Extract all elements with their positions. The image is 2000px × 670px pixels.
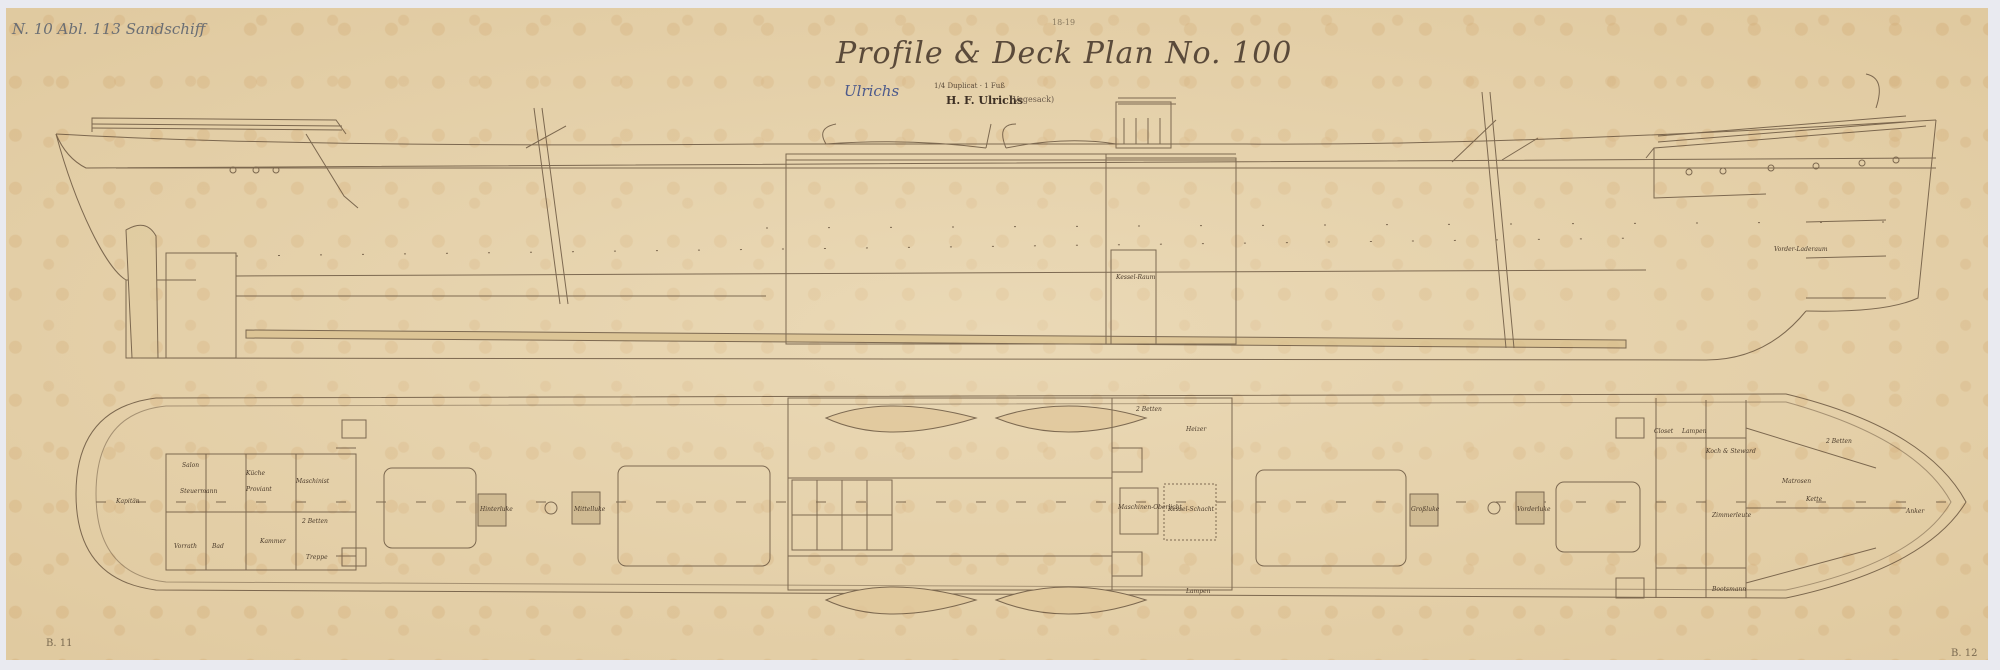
- sheer-line: [56, 120, 1936, 145]
- room-label: Vorrath: [174, 543, 197, 550]
- room-label: 2 Betten: [1826, 438, 1852, 445]
- hatch-label: Hinterluke: [480, 506, 513, 513]
- midship-label: 2 Betten: [1136, 406, 1162, 413]
- room-label: Maschinist: [296, 478, 329, 485]
- engine-door: [1111, 250, 1156, 344]
- room-label: Bootsmann: [1712, 586, 1746, 593]
- hatch-label: Vorderluke: [1517, 506, 1551, 513]
- lifeboat-1: [826, 406, 976, 432]
- fore-room-label: Vorder-Laderaum: [1774, 246, 1828, 253]
- room-label: Steuermann: [180, 488, 217, 495]
- builder-note: 1/4 Duplicat · 1 Fuß: [934, 82, 1005, 90]
- lifeboat-4: [996, 587, 1146, 614]
- mast-fore: [1482, 92, 1514, 348]
- pencil-archive-note: N. 10 Abl. 113 Sandschiff: [12, 20, 205, 38]
- rudder: [126, 225, 158, 358]
- keel: [246, 330, 1626, 348]
- room-label: Salon: [182, 462, 199, 469]
- hatch-label: Großluke: [1411, 506, 1439, 513]
- midship-label: Lampen: [1186, 588, 1211, 595]
- room-label: Matrosen: [1782, 478, 1811, 485]
- blue-pencil-signature: Ulrichs: [844, 82, 899, 100]
- drawing-title: Profile & Deck Plan No. 100: [836, 36, 1292, 71]
- engine-room-label: Kessel-Raum: [1116, 274, 1155, 281]
- lifeboat-2: [996, 406, 1146, 432]
- builder-location: (Vegesack): [1010, 95, 1054, 104]
- room-label: Kette: [1806, 496, 1822, 503]
- drawing-sheet: 18-19 Profile & Deck Plan No. 100 N. 10 …: [6, 8, 1988, 660]
- room-label: Küche: [246, 470, 265, 477]
- hatch-label: Mittelluke: [574, 506, 605, 513]
- room-label: Koch & Steward: [1706, 448, 1756, 455]
- room-label: Zimmerleute: [1712, 512, 1751, 519]
- room-label: 2 Betten: [302, 518, 328, 525]
- midship-label: Heizer: [1186, 426, 1206, 433]
- corner-mark-right: B. 12: [1951, 648, 1977, 659]
- corner-mark-left: B. 11: [46, 638, 72, 649]
- room-label: Treppe: [306, 554, 328, 561]
- room-label: Kapitän: [116, 498, 140, 505]
- room-label: Proviant: [246, 486, 272, 493]
- room-label: Anker: [1906, 508, 1924, 515]
- room-label: Closet: [1654, 428, 1673, 435]
- room-label: Lampen: [1682, 428, 1707, 435]
- sheet-number: 18-19: [1052, 18, 1075, 27]
- midship-house: [786, 154, 1106, 344]
- midship-label: Kessel-Schacht: [1168, 506, 1214, 513]
- room-label: Bad: [212, 543, 224, 550]
- room-label: Kammer: [260, 538, 286, 545]
- lifeboat-3: [826, 587, 976, 614]
